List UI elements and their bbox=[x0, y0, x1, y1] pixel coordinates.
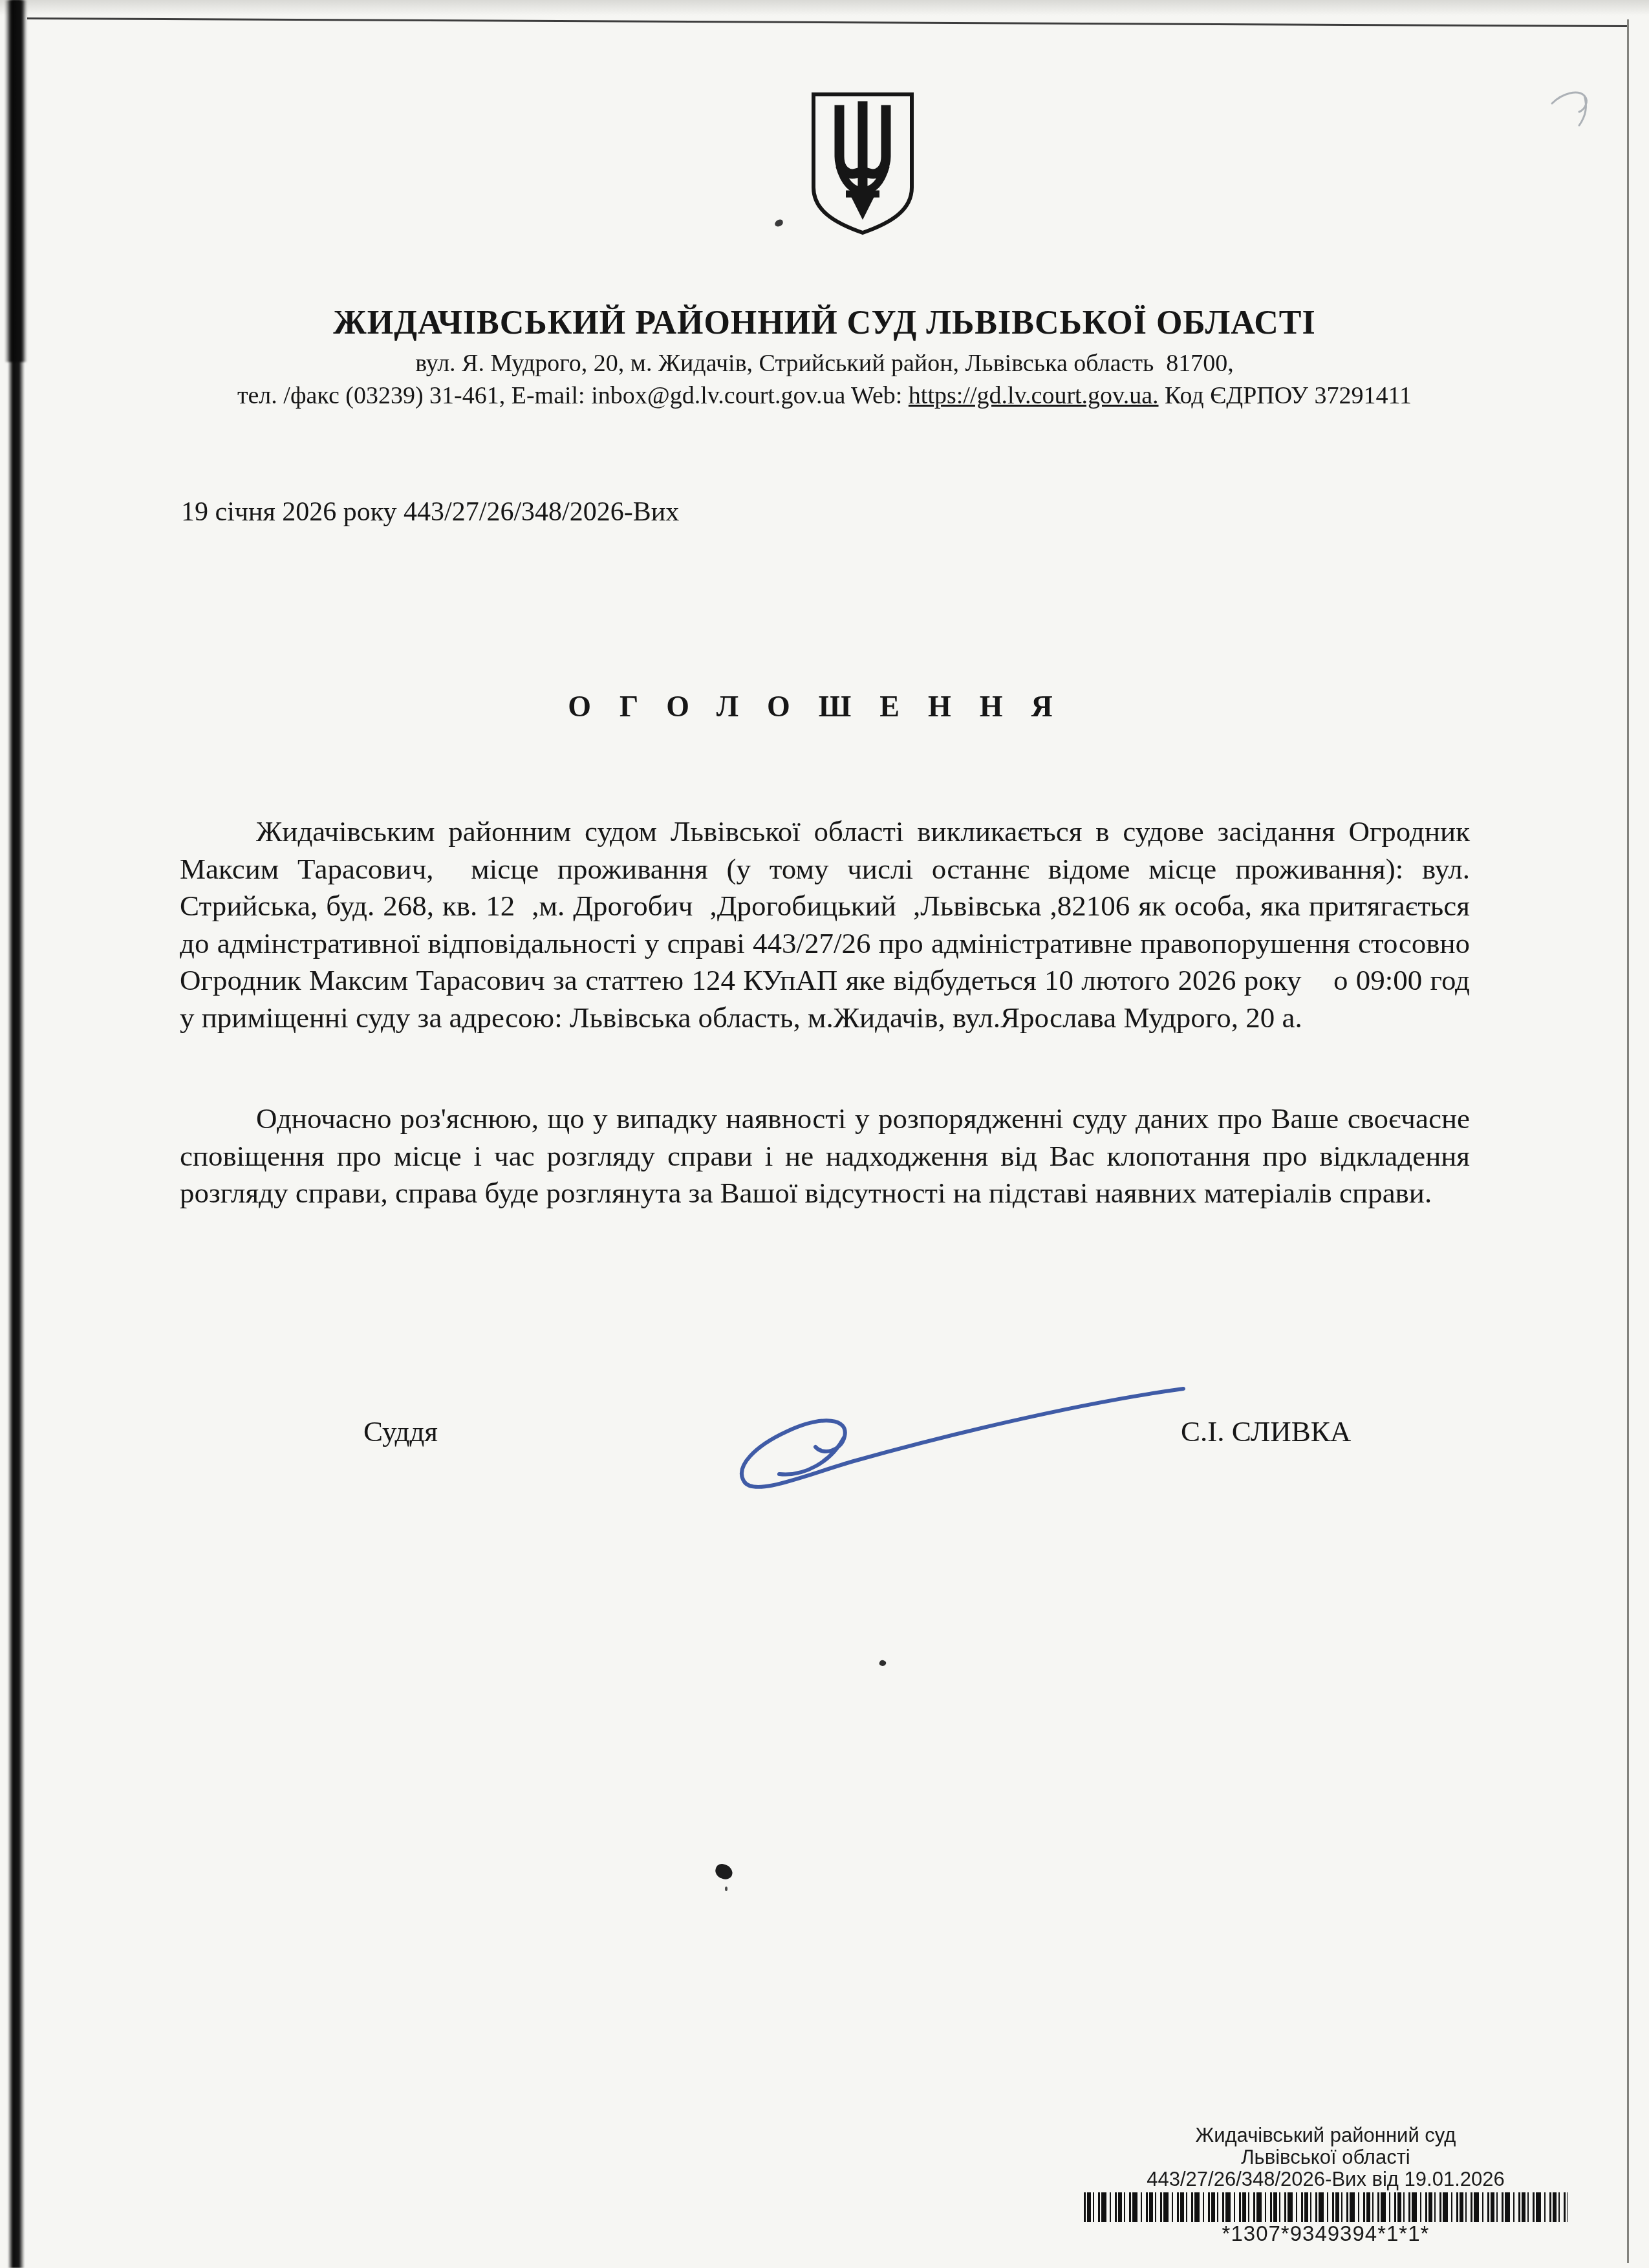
contact-suffix: Код ЄДРПОУ 37291411 bbox=[1159, 382, 1412, 409]
clarification-paragraph: Одночасно роз'яснюю, що у випадку наявно… bbox=[180, 1100, 1470, 1212]
court-contacts: тел. /факс (03239) 31-461, E-mail: inbox… bbox=[65, 381, 1584, 410]
barcode-text: *1307*9349394*1*1* bbox=[1035, 2223, 1617, 2245]
scan-top-edge-line bbox=[27, 17, 1627, 27]
ink-speck bbox=[774, 219, 784, 228]
pen-scribble-mark bbox=[1547, 76, 1605, 134]
court-name: ЖИДАЧІВСЬКИЙ РАЙОННИЙ СУД ЛЬВІВСЬКОЇ ОБЛ… bbox=[129, 304, 1520, 342]
contact-prefix: тел. /факс (03239) 31-461, E-mail: inbox… bbox=[237, 382, 909, 409]
document-title: ОГОЛОШЕННЯ bbox=[129, 689, 1520, 723]
stamp-reference-line: 443/27/26/348/2026-Вих від 19.01.2026 bbox=[1035, 2168, 1617, 2190]
ukraine-trident-emblem-icon bbox=[807, 89, 918, 238]
scan-right-edge-line bbox=[1627, 19, 1629, 2263]
judge-role-label: Суддя bbox=[363, 1415, 438, 1448]
stamp-court-line-2: Львівської області bbox=[1035, 2146, 1617, 2168]
scan-left-edge-dark bbox=[5, 0, 27, 362]
court-website-link[interactable]: https://gd.lv.court.gov.ua. bbox=[909, 382, 1159, 409]
registration-stamp: Жидачівський районний суд Львівської обл… bbox=[1035, 2124, 1617, 2245]
judge-signature bbox=[702, 1371, 1193, 1519]
court-address: вул. Я. Мудрого, 20, м. Жидачів, Стрийсь… bbox=[129, 349, 1520, 378]
ink-speck bbox=[879, 1659, 887, 1667]
outgoing-date-number: 19 січня 2026 року 443/27/26/348/2026-Ви… bbox=[181, 497, 679, 528]
stamp-court-line-1: Жидачівський районний суд bbox=[1035, 2124, 1617, 2146]
scan-top-shadow bbox=[0, 0, 1649, 16]
scanned-court-document: ЖИДАЧІВСЬКИЙ РАЙОННИЙ СУД ЛЬВІВСЬКОЇ ОБЛ… bbox=[0, 0, 1649, 2268]
ink-blot-dot bbox=[725, 1887, 727, 1891]
summons-paragraph: Жидачівським районним судом Львівської о… bbox=[180, 813, 1470, 1037]
judge-name: С.І. СЛИВКА bbox=[1181, 1415, 1351, 1448]
barcode bbox=[1084, 2192, 1568, 2222]
ink-blot bbox=[713, 1862, 734, 1881]
